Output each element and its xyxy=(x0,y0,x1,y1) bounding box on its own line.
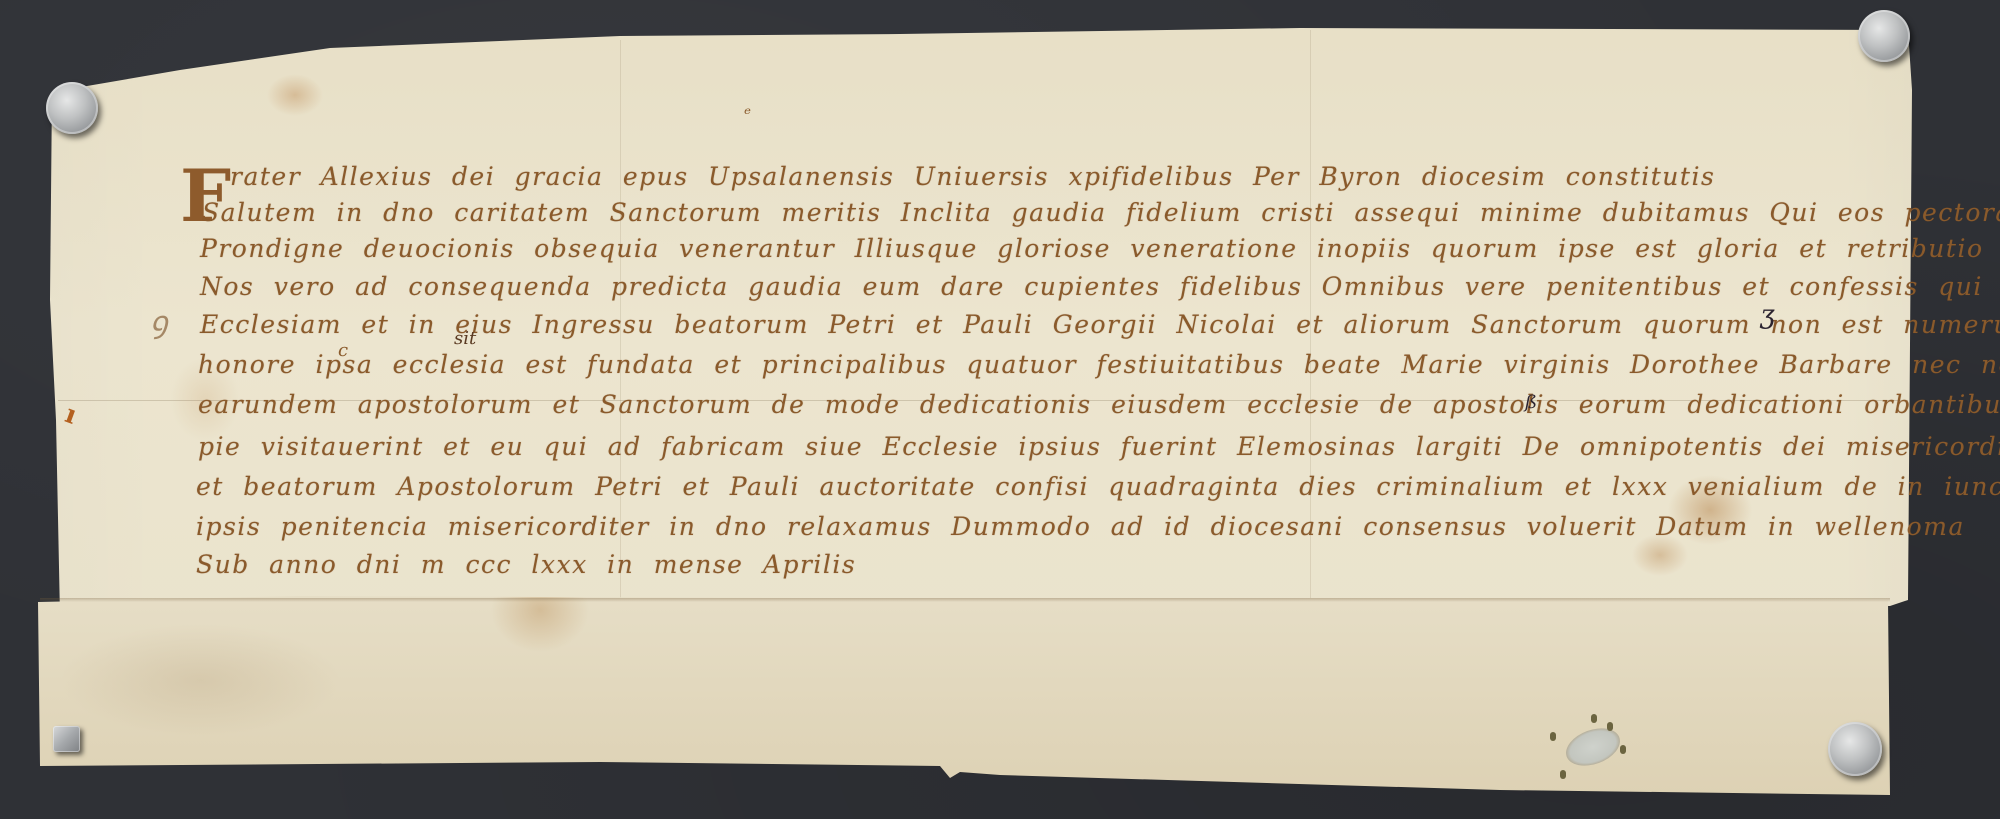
text-line-7: earundem apostolorum et Sanctorum de mod… xyxy=(198,390,2000,419)
plica-fold-edge xyxy=(40,598,1890,602)
magnet-bottom-right xyxy=(1828,722,1882,776)
magnet-top-left xyxy=(46,82,98,134)
interlinear-gloss: c xyxy=(338,340,348,361)
dark-ink-correction: ʒ xyxy=(1760,300,1775,330)
interlinear-gloss: sit xyxy=(454,328,476,349)
text-line-3: Prondigne deuocionis obsequia venerantur… xyxy=(200,234,2000,263)
interlinear-gloss: ᵉ xyxy=(744,104,751,125)
text-line-2: Salutem in dno caritatem Sanctorum merit… xyxy=(202,198,2000,227)
text-line-1: rater Allexius dei gracia epus Upsalanen… xyxy=(230,162,1715,191)
seal-cord-slit xyxy=(1560,770,1566,779)
seal-cord-slit xyxy=(1620,745,1626,754)
text-line-4: Nos vero ad consequenda predicta gaudia … xyxy=(200,272,2000,301)
dark-ink-correction: ß xyxy=(1525,392,1537,413)
magnet-top-right xyxy=(1858,10,1910,62)
magnet-bottom-left xyxy=(53,726,80,752)
text-line-6: honore ipsa ecclesia est fundata et prin… xyxy=(198,350,2000,379)
seal-cord-slit xyxy=(1591,714,1597,723)
seal-cord-slit xyxy=(1607,722,1613,731)
text-line-9: et beatorum Apostolorum Petri et Pauli a… xyxy=(196,472,2000,501)
seal-cord-slit xyxy=(1550,732,1556,741)
text-line-11: Sub anno dni m ccc lxxx in mense Aprilis xyxy=(196,550,856,579)
text-line-10: ipsis penitencia misericorditer in dno r… xyxy=(196,512,1965,541)
text-line-8: pie visitauerint et eu qui ad fabricam s… xyxy=(198,432,2000,461)
margin-flourish: ꝯ xyxy=(150,300,168,341)
